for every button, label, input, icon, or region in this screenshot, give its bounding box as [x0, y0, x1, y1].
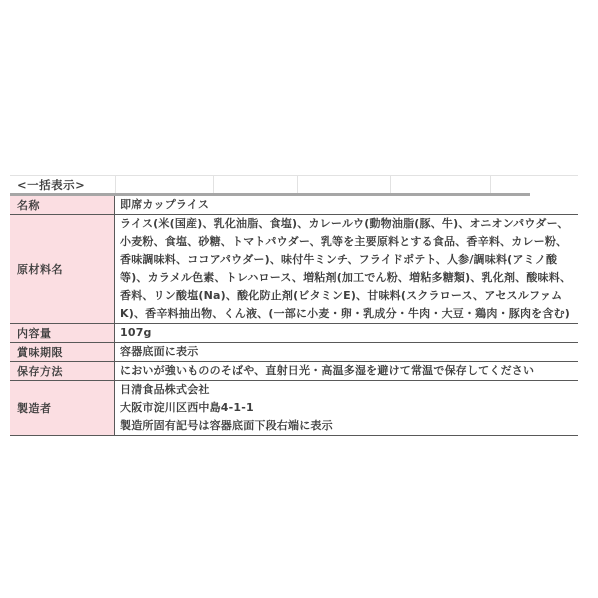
table-row-ingredients: 原材料名 ライス(米(国産)、乳化油脂、食塩)、カレールウ(動物油脂(豚、牛)、…	[10, 215, 578, 324]
row-value-ingredients: ライス(米(国産)、乳化油脂、食塩)、カレールウ(動物油脂(豚、牛)、オニオンパ…	[115, 215, 578, 323]
gridline	[115, 176, 116, 193]
manufacturer-plant-code-note: 製造所固有記号は容器底面下段右端に表示	[120, 417, 575, 435]
batch-label-title: <一括表示>	[10, 177, 85, 193]
row-value-best-before: 容器底面に表示	[115, 343, 578, 361]
row-label-storage: 保存方法	[10, 362, 115, 380]
row-value-storage: においが強いもののそばや、直射日光・高温多湿を避けて常温で保存してください	[115, 362, 578, 380]
row-label-net-content: 内容量	[10, 324, 115, 342]
row-value-name: 即席カップライス	[115, 196, 578, 214]
table-row-best-before: 賞味期限 容器底面に表示	[10, 343, 578, 362]
gridline	[213, 176, 214, 193]
row-label-ingredients: 原材料名	[10, 215, 115, 323]
table-row-manufacturer: 製造者 日清食品株式会社 大阪市淀川区西中島4-1-1 製造所固有記号は容器底面…	[10, 381, 578, 436]
gridline	[390, 176, 391, 193]
table-row-storage: 保存方法 においが強いもののそばや、直射日光・高温多湿を避けて常温で保存してくだ…	[10, 362, 578, 381]
row-value-net-content: 107g	[115, 324, 578, 342]
batch-label-header-row: <一括表示>	[10, 175, 578, 193]
table-row-name: 名称 即席カップライス	[10, 196, 578, 215]
table-row-net-content: 内容量 107g	[10, 324, 578, 343]
manufacturer-company-name: 日清食品株式会社	[120, 381, 575, 399]
gridline	[297, 176, 298, 193]
row-label-name: 名称	[10, 196, 115, 214]
row-value-manufacturer: 日清食品株式会社 大阪市淀川区西中島4-1-1 製造所固有記号は容器底面下段右端…	[115, 381, 578, 435]
gridline	[490, 176, 491, 193]
row-label-manufacturer: 製造者	[10, 381, 115, 435]
food-label-table: <一括表示> 名称 即席カップライス 原材料名 ライス(米(国産)、乳化油脂、食…	[10, 175, 578, 436]
manufacturer-address: 大阪市淀川区西中島4-1-1	[120, 399, 575, 417]
row-label-best-before: 賞味期限	[10, 343, 115, 361]
